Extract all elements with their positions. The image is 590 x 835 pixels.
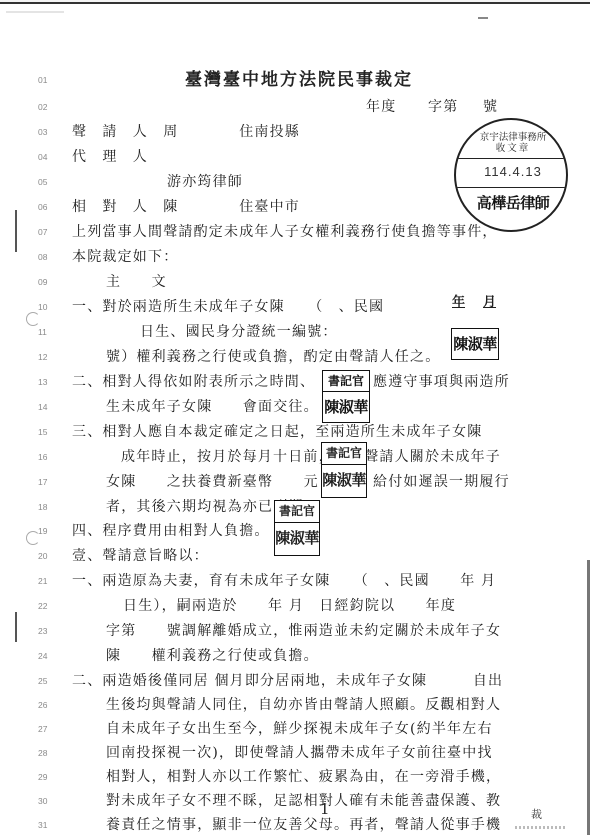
doc-line-08: 08 本院裁定如下： bbox=[0, 246, 590, 268]
doc-line-31: 31 養責任之情事，顯非一位友善父母。再者，聲請人從事手機 bbox=[0, 814, 590, 835]
body-text: 號）權利義務之行使或負擔，酌定由聲請人任之。 bbox=[106, 346, 440, 368]
agent-name: 游亦筠律師 bbox=[167, 171, 243, 193]
page-number: 1 bbox=[320, 800, 330, 818]
body-text: 自未成年子女出生至今，鮮少探視未成年子女(約半年左右 bbox=[106, 718, 493, 740]
line-number: 30 bbox=[38, 790, 52, 812]
scan-top-border bbox=[0, 0, 590, 4]
line-number: 26 bbox=[38, 694, 52, 716]
doc-line-02: 02 年度 字第 號 bbox=[0, 96, 590, 118]
line-number: 14 bbox=[38, 396, 52, 418]
line-number: 17 bbox=[38, 471, 52, 493]
doc-line-13: 13 二、相對人得依如附表所示之時間、 應遵守事項與兩造所 bbox=[0, 371, 590, 393]
line-number: 12 bbox=[38, 346, 52, 368]
doc-line-01: 01 臺灣臺中地方法院民事裁定 bbox=[0, 69, 590, 91]
body-text: 對未成年子女不理不睬，足認相對人確有未能善盡保護、教 bbox=[106, 790, 501, 812]
line-number: 01 bbox=[38, 69, 52, 91]
receipt-stamp: 京宇法律事務所 收文章 114.4.13 高樺岳律師 bbox=[454, 118, 568, 232]
receipt-stamp-lawyer: 高樺岳律師 bbox=[456, 192, 568, 213]
clerk-seal-stack: 書記官 陳淑華 bbox=[274, 500, 320, 556]
body-text: 生未成年子女陳 會面交往。 bbox=[106, 396, 319, 418]
year-mark: 年 bbox=[452, 292, 465, 314]
line-number: 31 bbox=[38, 814, 52, 835]
body-text: 日生），嗣兩造於 年 月 日經鈞院以 年度 bbox=[123, 595, 456, 617]
clerk-name-seal: 陳淑華 bbox=[451, 328, 499, 360]
line-number: 02 bbox=[38, 96, 52, 118]
page-title: 臺灣臺中地方法院民事裁定 bbox=[185, 69, 413, 91]
body-text: 四、程序費用由相對人負擔。 bbox=[72, 520, 270, 542]
clerk-title-seal: 書記官 bbox=[275, 501, 319, 523]
line-number: 04 bbox=[38, 146, 52, 168]
doc-line-28: 28 回南投探視一次)，即使聲請人攜帶未成年子女前往臺中找 bbox=[0, 742, 590, 764]
line-number: 03 bbox=[38, 121, 52, 143]
body-text: 本院裁定如下： bbox=[72, 246, 178, 268]
doc-line-29: 29 相對人，相對人亦以工作繁忙、疲累為由，在一旁滑手機， bbox=[0, 766, 590, 788]
doc-line-30: 30 對未成年子女不理不睬，足認相對人確有未能善盡保護、教 bbox=[0, 790, 590, 812]
doc-line-15: 15 三、相對人應自本裁定確定之日起，至兩造所生未成年子女陳 bbox=[0, 421, 590, 443]
line-number: 06 bbox=[38, 196, 52, 218]
clerk-name-seal: 陳淑華 bbox=[275, 523, 319, 555]
doc-line-16: 16 成年時止，按月於每月十日前，給付聲請人關於未成年子 bbox=[0, 446, 590, 468]
body-text: 二、相對人得依如附表所示之時間、 bbox=[72, 371, 315, 393]
agent-label: 代 理 人 bbox=[72, 146, 148, 168]
line-number: 23 bbox=[38, 620, 52, 642]
receipt-stamp-label: 收文章 bbox=[466, 143, 560, 154]
line-number: 28 bbox=[38, 742, 52, 764]
case-year: 年度 bbox=[366, 96, 396, 118]
body-text: 給付如遲誤一期履行 bbox=[373, 471, 510, 493]
clerk-name-seal: 陳淑華 bbox=[322, 391, 370, 423]
line-number: 13 bbox=[38, 371, 52, 393]
month-mark: 月 bbox=[483, 292, 496, 314]
case-number: 號 bbox=[483, 96, 498, 118]
line-number: 18 bbox=[38, 496, 52, 518]
petitioner-line: 聲 請 人 周 住南投縣 bbox=[72, 121, 300, 143]
body-text: 一、兩造原為夫妻，育有未成年子女陳 （ 、民國 年 月 bbox=[72, 570, 496, 592]
body-text: 養責任之情事，顯非一位友善父母。再者，聲請人從事手機 bbox=[106, 814, 501, 835]
body-text: 字第 號調解離婚成立，惟兩造並未約定關於未成年子女 bbox=[106, 620, 501, 642]
respondent-line: 相 對 人 陳 住臺中市 bbox=[72, 196, 300, 218]
receipt-stamp-office: 京宇法律事務所 bbox=[466, 132, 560, 143]
doc-line-14: 14 生未成年子女陳 會面交往。 bbox=[0, 396, 590, 418]
scan-artifact bbox=[478, 17, 488, 19]
line-number: 05 bbox=[38, 171, 52, 193]
line-number: 29 bbox=[38, 766, 52, 788]
body-text: 女陳 之扶養費新臺幣 元 bbox=[106, 471, 319, 493]
line-number: 27 bbox=[38, 718, 52, 740]
body-text: 回南投探視一次)，即使聲請人攜帶未成年子女前往臺中找 bbox=[106, 742, 493, 764]
body-text: 二、兩造婚後僅同居 個月即分居兩地，未成年子女陳 自出 bbox=[72, 670, 503, 692]
body-text: 一、對於兩造所生未成年子女陳 （ 、民國 bbox=[72, 296, 384, 318]
line-number: 11 bbox=[38, 321, 52, 343]
doc-line-12: 12 號）權利義務之行使或負擔，酌定由聲請人任之。 bbox=[0, 346, 590, 368]
receipt-stamp-date: 114.4.13 bbox=[456, 164, 568, 179]
line-number: 22 bbox=[38, 595, 52, 617]
line-number: 16 bbox=[38, 446, 52, 468]
doc-line-10: 10 一、對於兩造所生未成年子女陳 （ 、民國 年 月 bbox=[0, 296, 590, 318]
clerk-title-seal: 書記官 bbox=[322, 443, 366, 465]
section-heading-main-text: 主 文 bbox=[106, 271, 167, 293]
doc-line-23: 23 字第 號調解離婚成立，惟兩造並未約定關於未成年子女 bbox=[0, 620, 590, 642]
case-word: 字第 bbox=[428, 96, 458, 118]
doc-line-21: 21 一、兩造原為夫妻，育有未成年子女陳 （ 、民國 年 月 bbox=[0, 570, 590, 592]
doc-line-26: 26 生後均與聲請人同住，自幼亦皆由聲請人照顧。反觀相對人 bbox=[0, 694, 590, 716]
body-text: 生後均與聲請人同住，自幼亦皆由聲請人照顧。反觀相對人 bbox=[106, 694, 501, 716]
footer-mark: 裁 bbox=[531, 806, 542, 822]
doc-line-17: 17 女陳 之扶養費新臺幣 元 給付如遲誤一期履行 bbox=[0, 471, 590, 493]
body-text: 陳 權利義務之行使或負擔。 bbox=[106, 645, 319, 667]
doc-line-09: 09 主 文 bbox=[0, 271, 590, 293]
doc-line-24: 24 陳 權利義務之行使或負擔。 bbox=[0, 645, 590, 667]
section-heading-petition: 壹、聲請意旨略以： bbox=[72, 545, 209, 567]
doc-line-27: 27 自未成年子女出生至今，鮮少探視未成年子女(約半年左右 bbox=[0, 718, 590, 740]
line-number: 20 bbox=[38, 545, 52, 567]
line-number: 10 bbox=[38, 296, 52, 318]
body-text: 上列當事人間聲請酌定未成年人子女權利義務行使負擔等事件， bbox=[72, 221, 498, 243]
doc-line-11: 11 日生、國民身分證統一編號： bbox=[0, 321, 590, 343]
scan-artifact bbox=[515, 826, 565, 829]
line-number: 15 bbox=[38, 421, 52, 443]
line-number: 07 bbox=[38, 221, 52, 243]
line-number: 09 bbox=[38, 271, 52, 293]
clerk-seal-stack: 書記官 陳淑華 bbox=[321, 442, 367, 498]
scan-artifact bbox=[6, 11, 64, 13]
doc-line-25: 25 二、兩造婚後僅同居 個月即分居兩地，未成年子女陳 自出 bbox=[0, 670, 590, 692]
clerk-name-seal: 陳淑華 bbox=[322, 465, 366, 497]
clerk-title-seal: 書記官 bbox=[322, 370, 370, 392]
body-text: 相對人，相對人亦以工作繁忙、疲累為由，在一旁滑手機， bbox=[106, 766, 501, 788]
line-number: 19 bbox=[38, 520, 52, 542]
line-number: 08 bbox=[38, 246, 52, 268]
line-number: 24 bbox=[38, 645, 52, 667]
body-text: 應遵守事項與兩造所 bbox=[373, 371, 510, 393]
body-text: 日生、國民身分證統一編號： bbox=[140, 321, 338, 343]
doc-line-22: 22 日生），嗣兩造於 年 月 日經鈞院以 年度 bbox=[0, 595, 590, 617]
line-number: 21 bbox=[38, 570, 52, 592]
line-number: 25 bbox=[38, 670, 52, 692]
body-text: 三、相對人應自本裁定確定之日起，至兩造所生未成年子女陳 bbox=[72, 421, 482, 443]
body-text: 成年時止，按月於每月十日前，給付聲請人關於未成年子 bbox=[121, 446, 501, 468]
